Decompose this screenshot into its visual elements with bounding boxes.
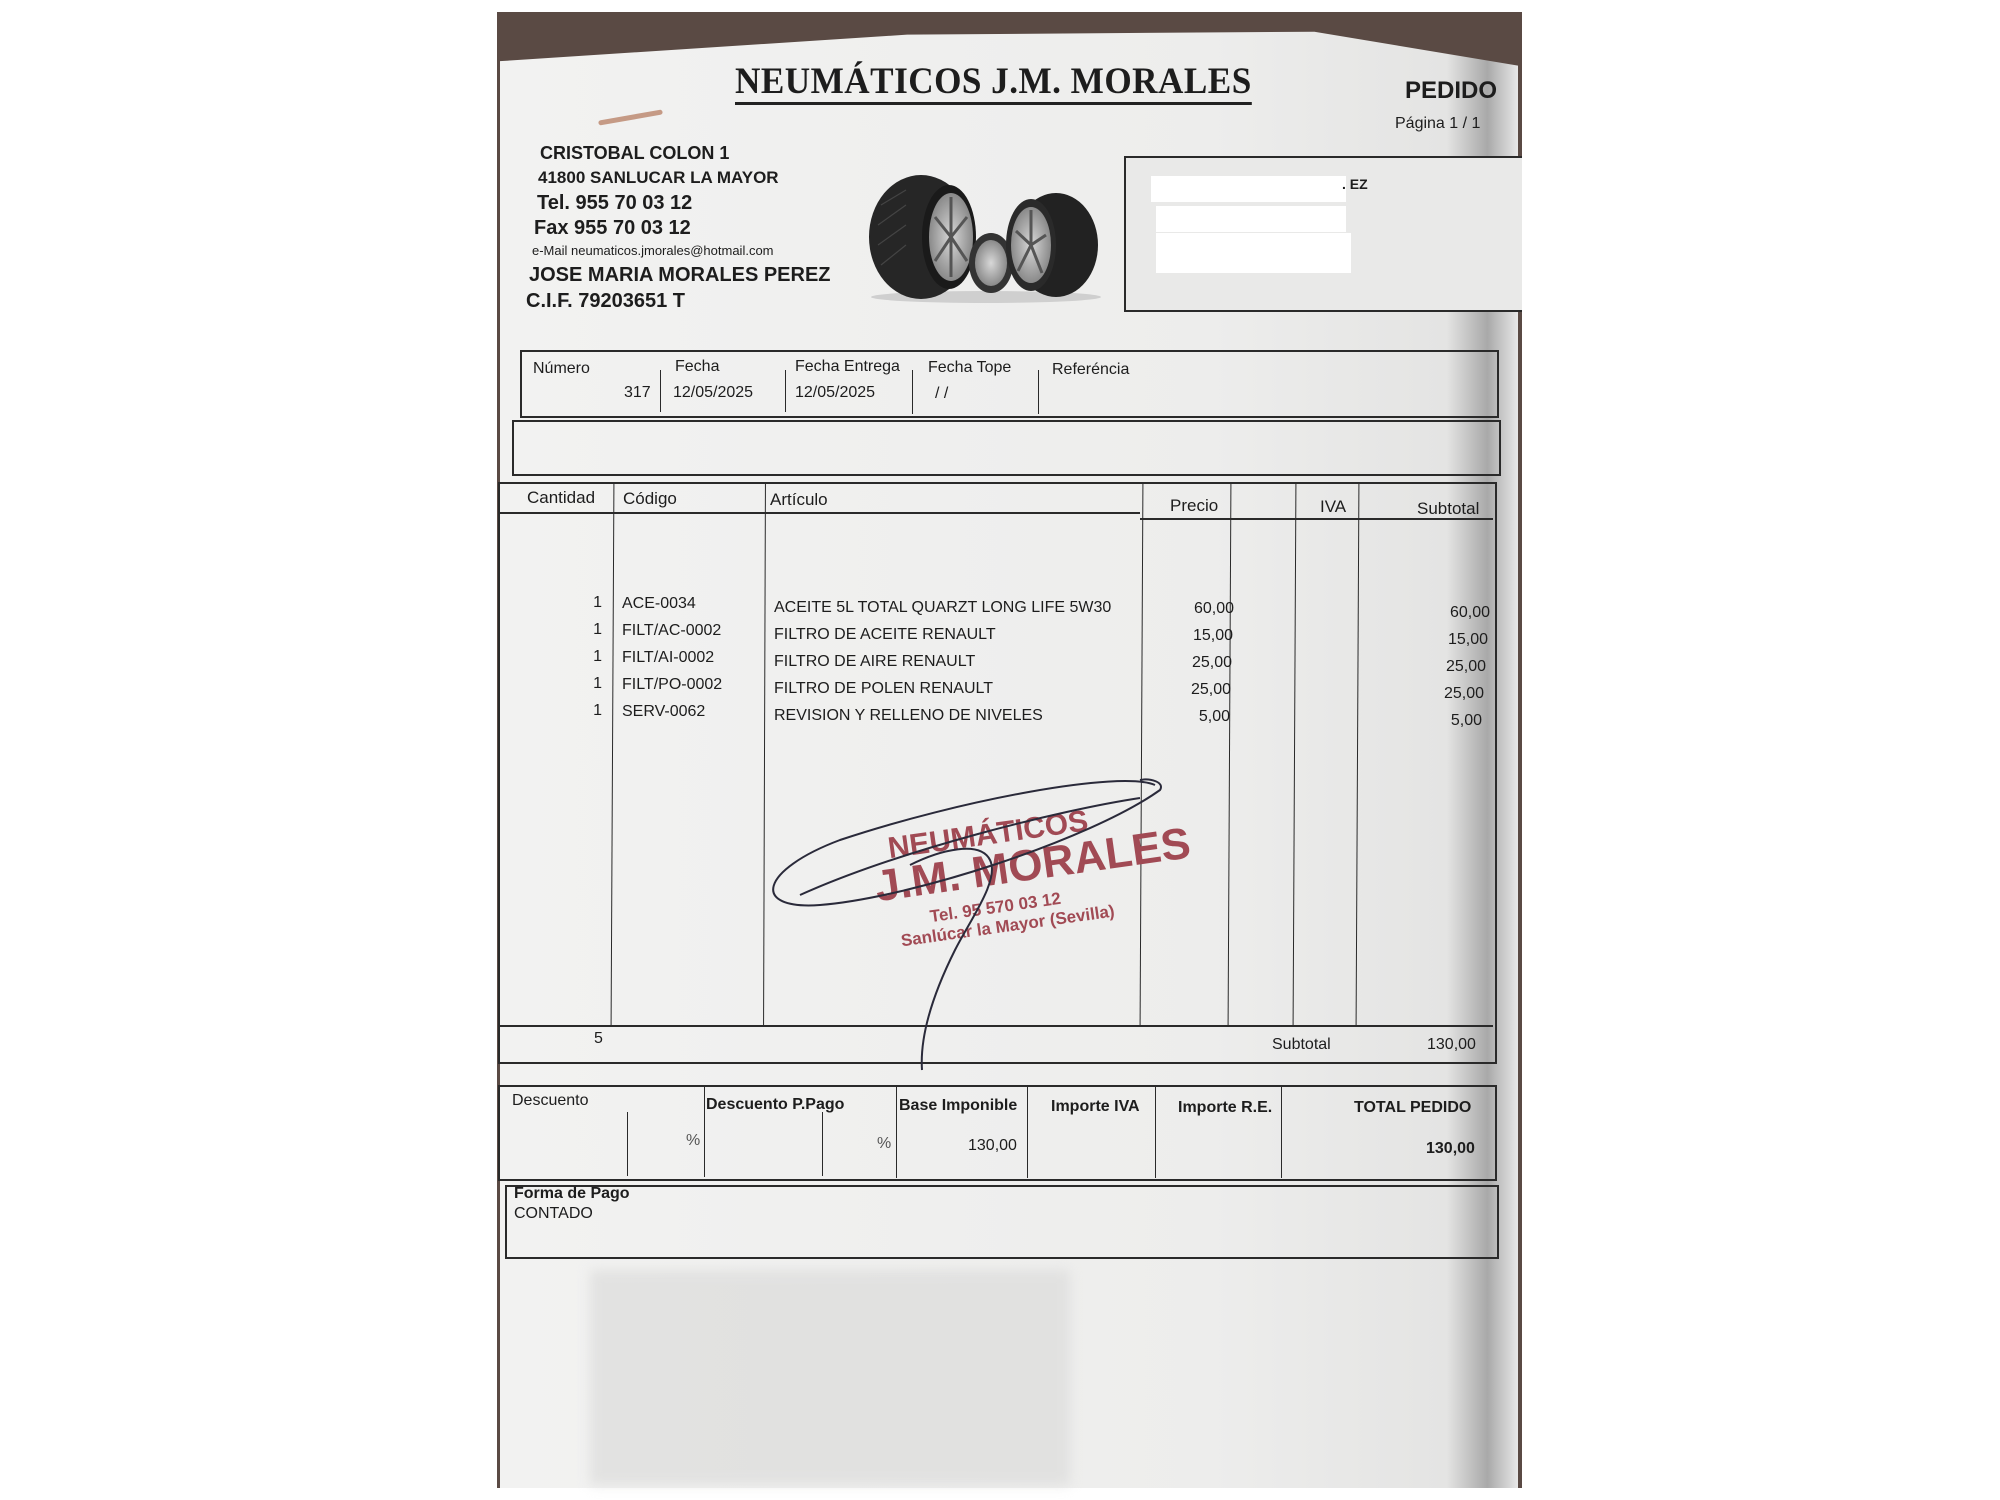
client-name-fragment: . EZ <box>1342 176 1368 192</box>
divider <box>785 370 786 412</box>
address-line2: 41800 SANLUCAR LA MAYOR <box>538 168 779 188</box>
fax: Fax 955 70 03 12 <box>534 217 691 240</box>
redaction <box>1156 233 1351 273</box>
email: e-Mail neumaticos.jmorales@hotmail.com <box>532 243 774 258</box>
item-price: 25,00 <box>1112 654 1232 672</box>
label-referencia: Referéncia <box>1052 361 1129 379</box>
value-fecha: 12/05/2025 <box>673 384 753 402</box>
label-importe-re: Importe R.E. <box>1178 1099 1272 1117</box>
col-iva: IVA <box>1320 497 1346 517</box>
scan-shadow <box>590 1270 1070 1485</box>
item-qty: 1 <box>482 621 602 639</box>
item-price: 25,00 <box>1111 681 1231 699</box>
col-precio: Precio <box>1170 496 1218 516</box>
document-type: PEDIDO <box>1405 77 1497 105</box>
item-article: FILTRO DE ACEITE RENAULT <box>774 626 996 644</box>
col-subtotal: Subtotal <box>1417 499 1479 519</box>
col-cantidad: Cantidad <box>527 488 595 508</box>
label-total-pedido: TOTAL PEDIDO <box>1354 1099 1471 1117</box>
item-subtotal: 25,00 <box>1364 685 1484 703</box>
divider <box>660 370 661 412</box>
value-numero: 317 <box>624 384 651 402</box>
value-fecha-tope: / / <box>935 385 948 403</box>
item-code: SERV-0062 <box>622 703 705 721</box>
item-article: FILTRO DE POLEN RENAULT <box>774 680 993 698</box>
item-qty: 1 <box>482 675 602 693</box>
divider <box>704 1085 705 1177</box>
phone: Tel. 955 70 03 12 <box>537 192 692 215</box>
item-article: FILTRO DE AIRE RENAULT <box>774 653 975 671</box>
tires-icon <box>866 165 1106 305</box>
item-price: 5,00 <box>1110 708 1230 726</box>
divider <box>1281 1086 1282 1178</box>
total-qty: 5 <box>594 1030 603 1048</box>
item-code: ACE-0034 <box>622 595 696 613</box>
subtotal-label: Subtotal <box>1272 1036 1331 1054</box>
item-code: FILT/AC-0002 <box>622 622 721 640</box>
payment-box <box>505 1185 1499 1259</box>
divider <box>822 1112 823 1176</box>
item-article: REVISION Y RELLENO DE NIVELES <box>774 707 1043 725</box>
item-price: 15,00 <box>1113 627 1233 645</box>
item-code: FILT/AI-0002 <box>622 649 714 667</box>
page-indicator: Página 1 / 1 <box>1395 115 1480 133</box>
item-subtotal: 25,00 <box>1366 658 1486 676</box>
descuento-ppago-pct: % <box>877 1135 891 1153</box>
label-importe-iva: Importe IVA <box>1051 1098 1140 1116</box>
subtotal-value: 130,00 <box>1427 1036 1476 1054</box>
value-fecha-entrega: 12/05/2025 <box>795 384 875 402</box>
descuento-pct: % <box>686 1132 700 1150</box>
label-fecha-entrega: Fecha Entrega <box>795 358 900 376</box>
item-price: 60,00 <box>1114 600 1234 618</box>
divider <box>627 1112 628 1176</box>
signature-icon <box>760 770 1180 1090</box>
item-subtotal: 60,00 <box>1370 604 1490 622</box>
label-fecha: Fecha <box>675 358 719 376</box>
label-numero: Número <box>533 360 590 378</box>
company-title: NEUMÁTICOS J.M. MORALES <box>735 62 1252 105</box>
total-pedido-value: 130,00 <box>1426 1140 1475 1158</box>
client-info-box: . EZ <box>1124 156 1522 312</box>
divider <box>896 1086 897 1178</box>
base-imponible-value: 130,00 <box>968 1137 1017 1155</box>
item-qty: 1 <box>482 648 602 666</box>
divider <box>1027 1086 1028 1178</box>
item-qty: 1 <box>482 594 602 612</box>
divider <box>1155 1086 1156 1178</box>
label-base-imponible: Base Imponible <box>899 1097 1017 1115</box>
header-rule <box>500 512 1140 514</box>
address-line1: CRISTOBAL COLON 1 <box>540 143 729 164</box>
item-code: FILT/PO-0002 <box>622 676 722 694</box>
divider <box>1038 370 1039 414</box>
col-codigo: Código <box>623 489 677 509</box>
divider <box>912 370 913 414</box>
notes-box <box>512 420 1501 476</box>
label-forma-pago: Forma de Pago <box>514 1185 630 1203</box>
item-article: ACEITE 5L TOTAL QUARZT LONG LIFE 5W30 <box>774 599 1111 617</box>
item-qty: 1 <box>482 702 602 720</box>
payment-method: CONTADO <box>514 1205 593 1223</box>
redaction <box>1151 176 1346 202</box>
redaction <box>1156 206 1346 232</box>
owner-name: JOSE MARIA MORALES PEREZ <box>529 264 831 287</box>
item-subtotal: 5,00 <box>1362 712 1482 730</box>
cif: C.I.F. 79203651 T <box>526 290 685 313</box>
item-subtotal: 15,00 <box>1368 631 1488 649</box>
col-articulo: Artículo <box>770 490 828 510</box>
label-fecha-tope: Fecha Tope <box>928 359 1011 377</box>
label-descuento: Descuento <box>512 1092 589 1110</box>
label-descuento-ppago: Descuento P.Pago <box>706 1096 844 1114</box>
